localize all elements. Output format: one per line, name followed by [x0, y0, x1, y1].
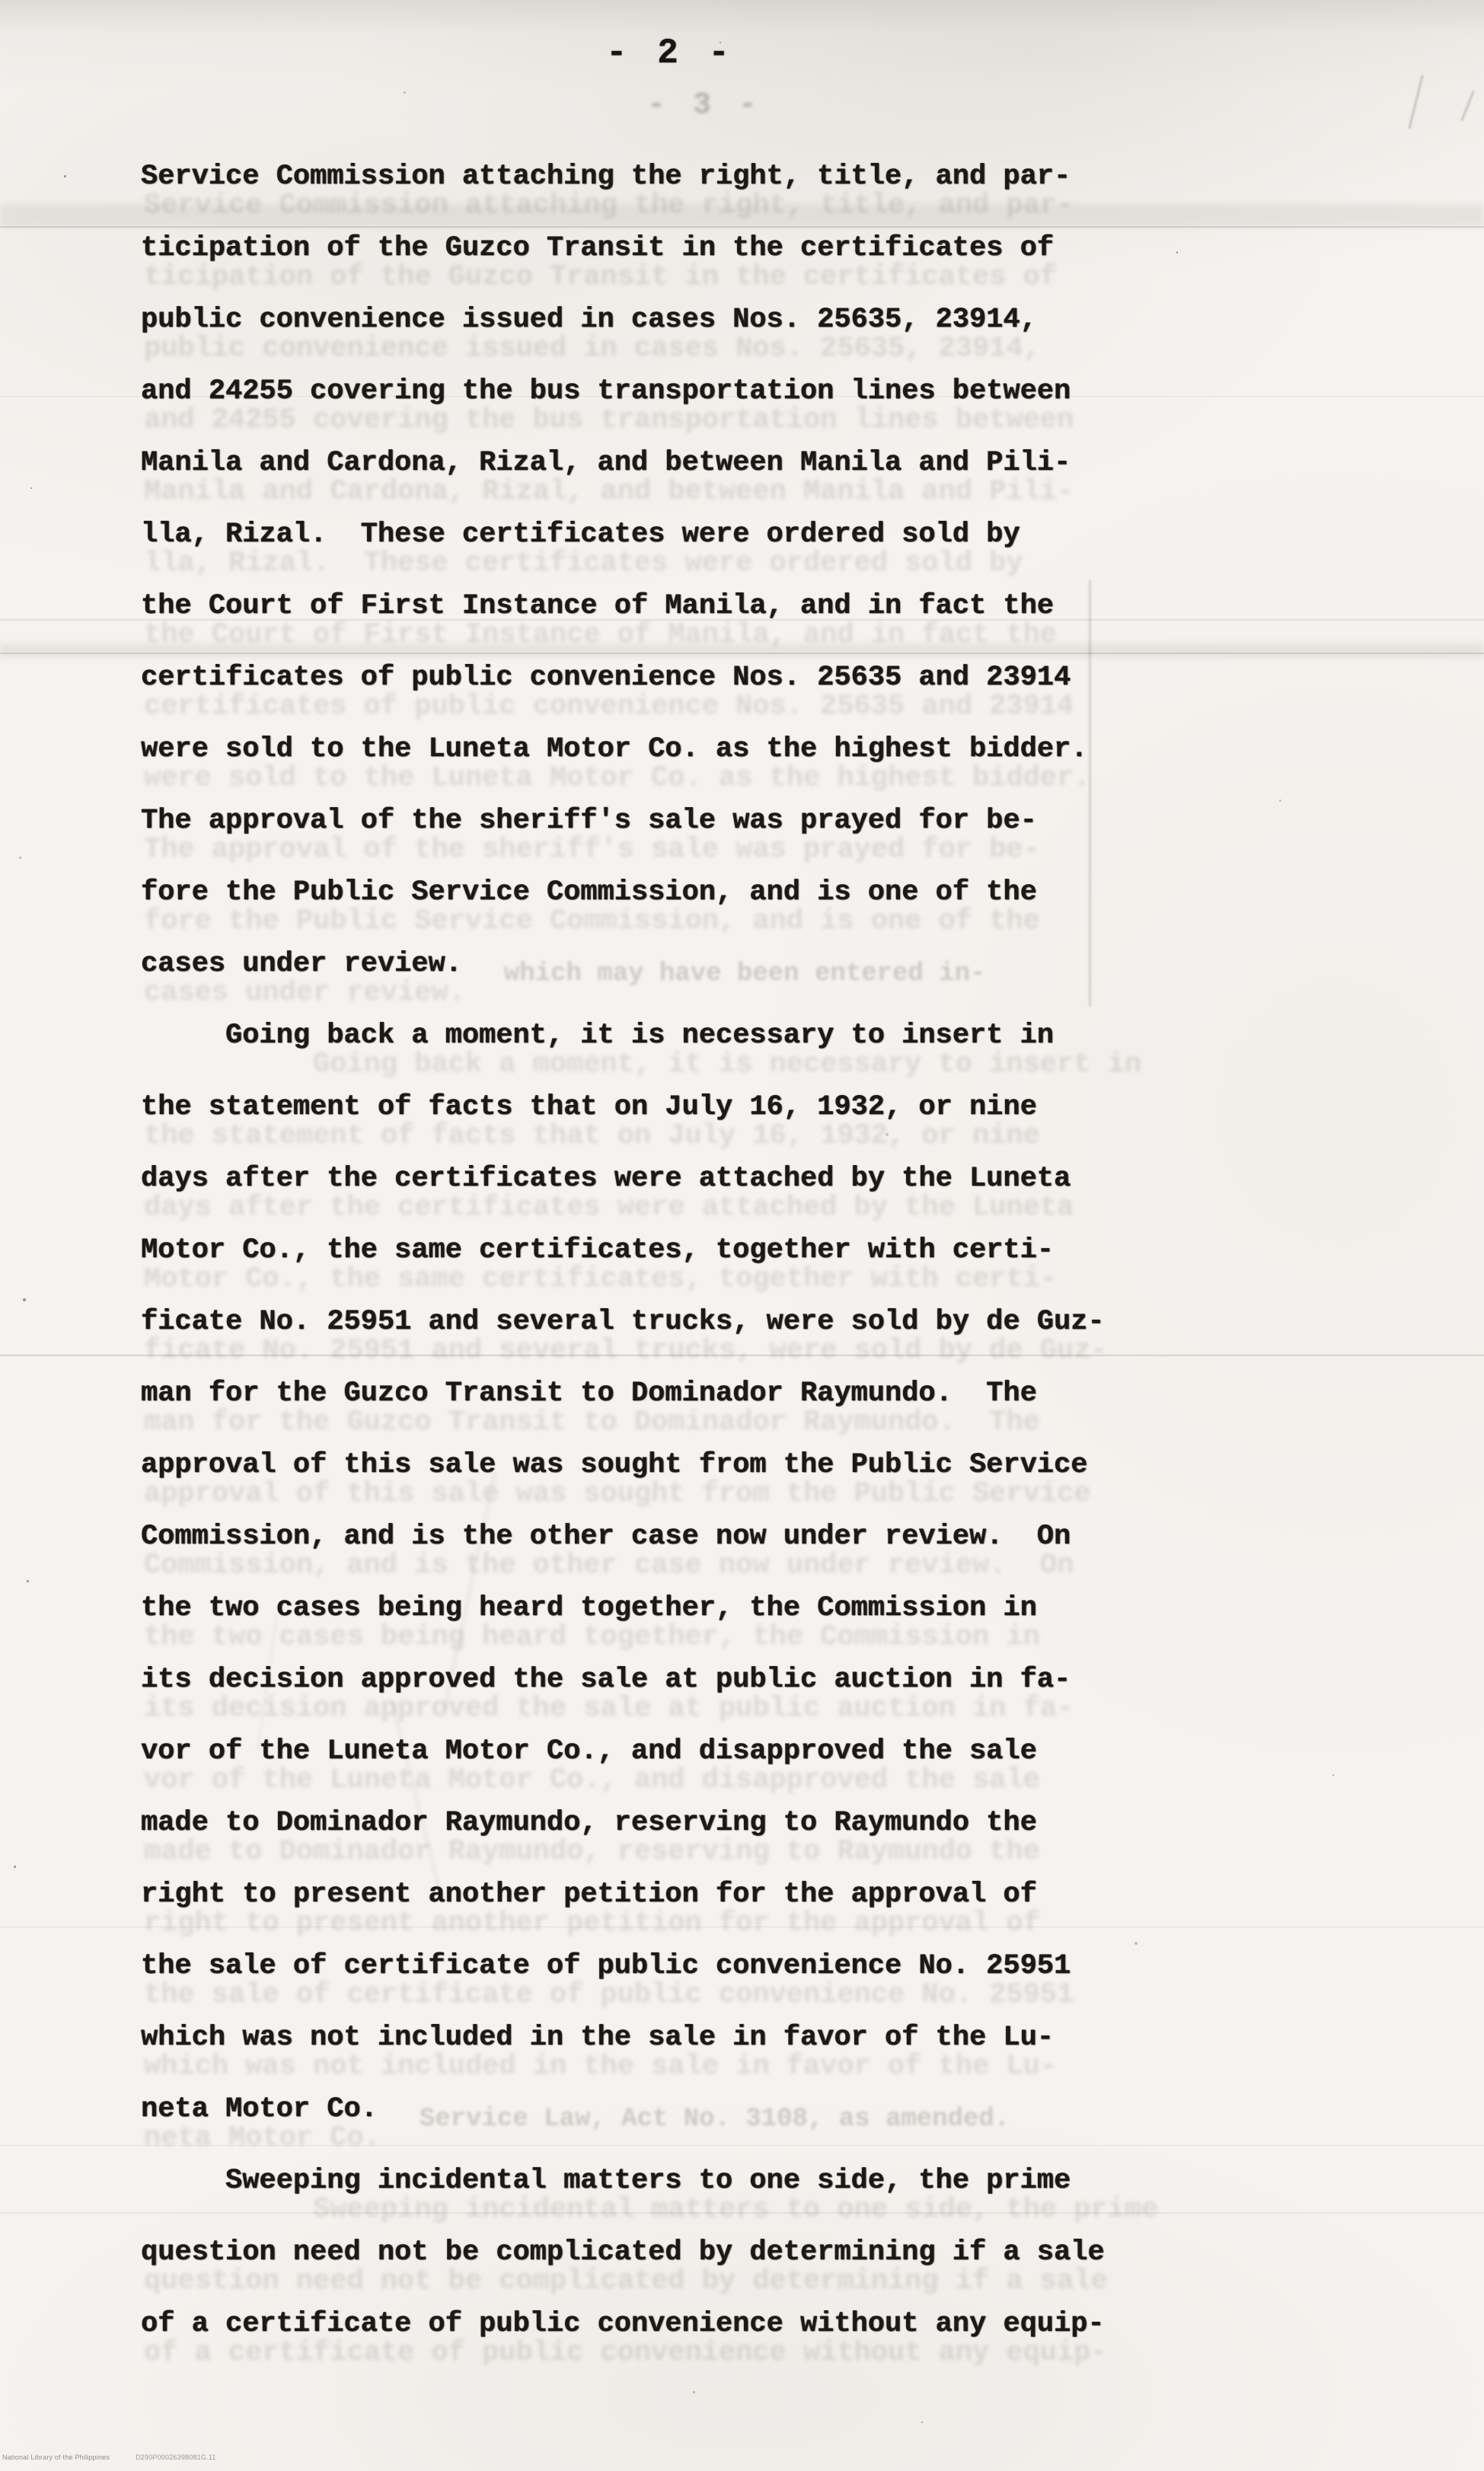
document-line: cases under review.which may have been e… [141, 928, 1105, 1000]
document-line: Motor Co., the same certificates, togeth… [141, 1215, 1105, 1286]
document-line: question need not be complicated by dete… [141, 2217, 1105, 2288]
document-line: Going back a moment, it is necessary to … [141, 1000, 1105, 1071]
document-line: which was not included in the sale in fa… [141, 2002, 1105, 2074]
dust-speck [693, 2391, 695, 2393]
diagonal-mark [1408, 75, 1423, 129]
dust-speck [404, 91, 406, 94]
bleed-through-text: which may have been entered in- [504, 938, 986, 1010]
document-line: days after the certificates were attache… [141, 1143, 1105, 1215]
document-line: ficate No. 25951 and several trucks, wer… [141, 1286, 1105, 1358]
dust-speck [23, 1298, 26, 1301]
library-name: National Library of the Philippines [2, 2453, 110, 2461]
document-line: vor of the Luneta Motor Co., and disappr… [141, 1716, 1105, 1787]
carbon-ghost-text: of a certificate of public convenience w… [144, 2317, 1108, 2389]
document-line: Service Commission attaching the right, … [141, 141, 1105, 212]
dust-speck [64, 175, 66, 177]
ghost-page-number: - 3 - [643, 88, 765, 123]
document-line: public convenience issued in cases Nos. … [141, 284, 1105, 356]
scan-watermark: National Library of the PhilippinesD290P… [2, 2453, 216, 2461]
dust-speck [1176, 251, 1178, 254]
dust-speck [30, 487, 32, 489]
page-number-header: - 2 - [579, 34, 761, 73]
document-line: Commission, and is the other case now un… [141, 1501, 1105, 1572]
dust-speck [27, 1580, 29, 1582]
dust-speck [1332, 1774, 1334, 1776]
dust-speck [14, 1866, 16, 1868]
dust-speck [19, 857, 21, 859]
document-line: Sweeping incidental matters to one side,… [141, 2145, 1105, 2217]
document-line: fore the Public Service Commission, and … [141, 857, 1105, 928]
document-line: and 24255 covering the bus transportatio… [141, 356, 1105, 427]
bleed-through-text: Service Law, Act No. 3108, as amended. [420, 2083, 1010, 2155]
document-line: made to Dominador Raymundo, reserving to… [141, 1787, 1105, 1859]
dust-speck [921, 2422, 923, 2423]
document-line: were sold to the Luneta Motor Co. as the… [141, 714, 1105, 785]
scanned-document-page: - 2 - - 3 - Service Commission attaching… [0, 0, 1484, 2471]
dust-speck [1279, 800, 1281, 802]
document-line: its decision approved the sale at public… [141, 1644, 1105, 1716]
document-line: lla, Rizal. These certificates were orde… [141, 499, 1105, 570]
document-line: the two cases being heard together, the … [141, 1572, 1105, 1644]
document-line: the Court of First Instance of Manila, a… [141, 570, 1105, 642]
document-line: of a certificate of public convenience w… [141, 2288, 1105, 2360]
document-line: man for the Guzco Transit to Dominador R… [141, 1358, 1105, 1429]
document-line: The approval of the sheriff's sale was p… [141, 785, 1105, 857]
diagonal-mark [1460, 91, 1475, 121]
document-line: the sale of certificate of public conven… [141, 1930, 1105, 2002]
document-line: Manila and Cardona, Rizal, and between M… [141, 427, 1105, 499]
document-line: neta Motor Co.Service Law, Act No. 3108,… [141, 2074, 1105, 2145]
scan-code: D290P00026398081G.11 [136, 2453, 215, 2461]
document-line: the statement of facts that on July 16, … [141, 1071, 1105, 1143]
document-line: certificates of public convenience Nos. … [141, 642, 1105, 714]
document-line: approval of this sale was sought from th… [141, 1429, 1105, 1501]
document-line: ticipation of the Guzco Transit in the c… [141, 212, 1105, 284]
document-body: Service Commission attaching the right, … [141, 141, 1105, 2360]
document-line: right to present another petition for th… [141, 1859, 1105, 1930]
dust-speck [1135, 1942, 1138, 1945]
